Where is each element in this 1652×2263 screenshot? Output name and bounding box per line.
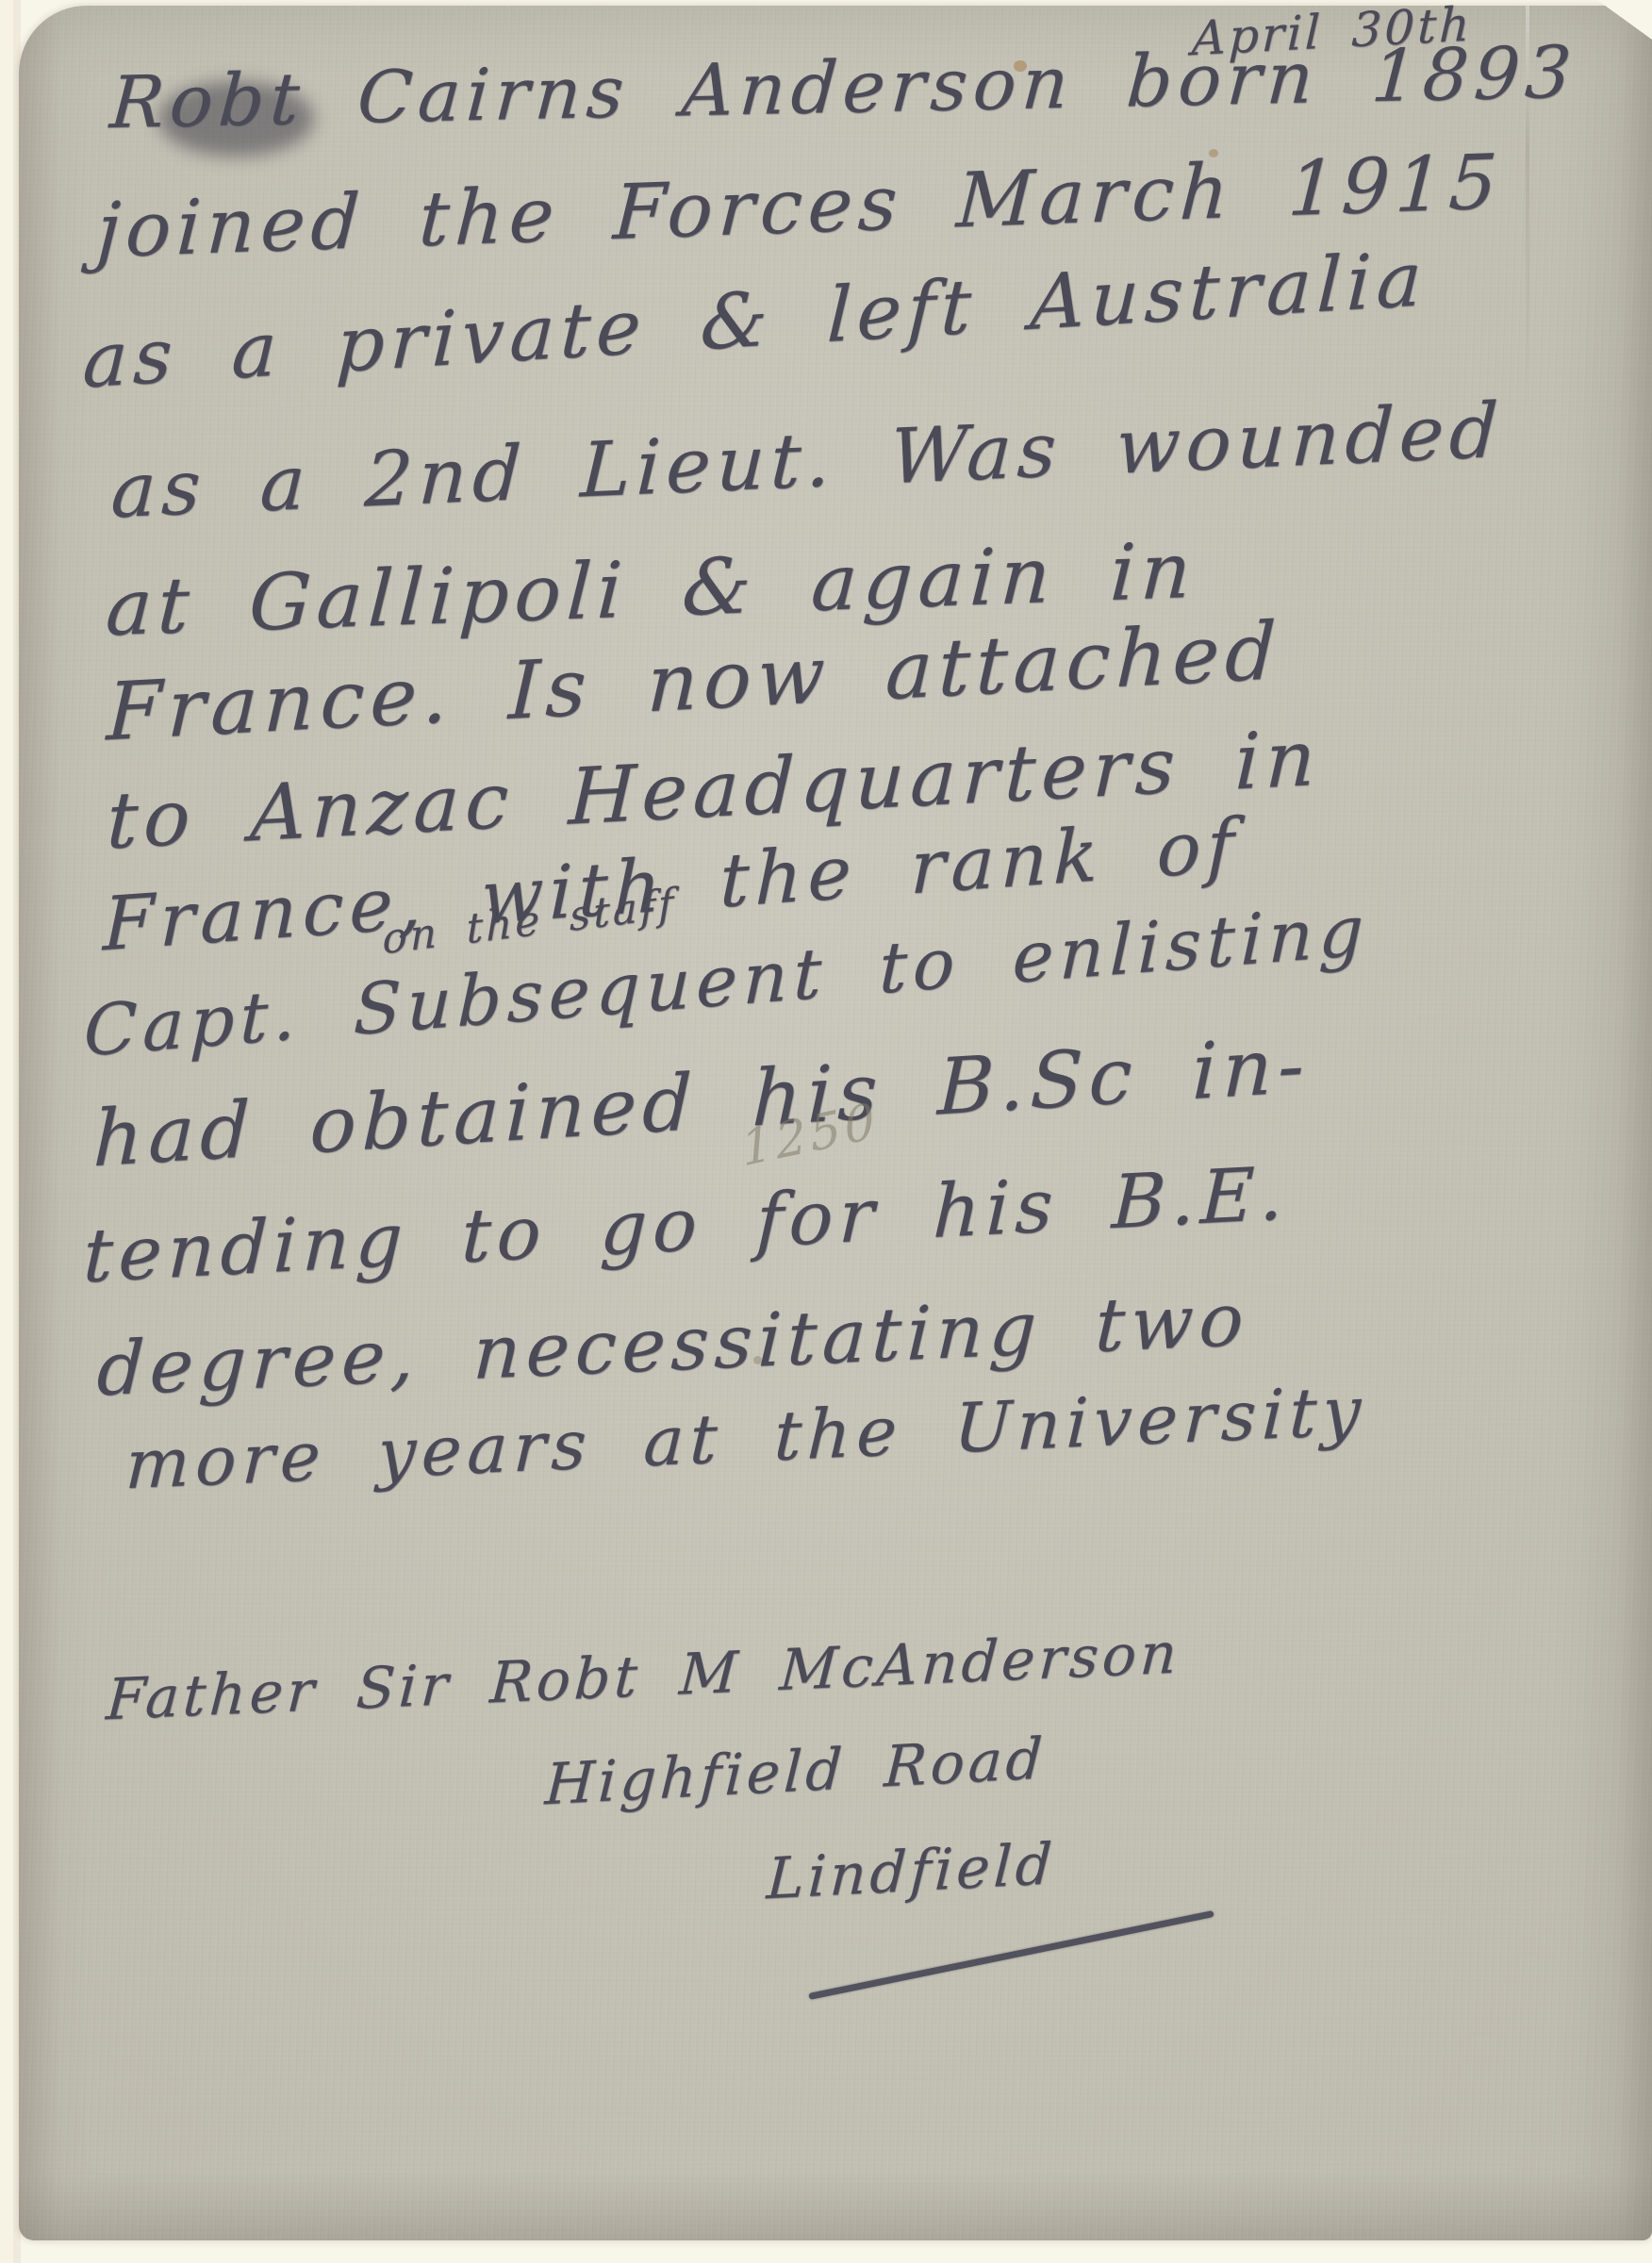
scan-background: April 30th Robt Cairns Anderson born 189…: [0, 0, 1652, 2263]
footer-father-line: Father Sir Robt M McAnderson: [105, 1620, 1182, 1733]
footer-street-line: Highfield Road: [543, 1726, 1048, 1818]
handwritten-line-4: as a 2nd Lieut. Was wounded: [109, 387, 1506, 536]
note-paper: April 30th Robt Cairns Anderson born 189…: [19, 6, 1652, 2240]
underline-stroke: [808, 1910, 1214, 2000]
handwritten-line-1: Robt Cairns Anderson born 1893: [107, 29, 1579, 144]
footer-suburb-line: Lindfield: [765, 1831, 1057, 1912]
